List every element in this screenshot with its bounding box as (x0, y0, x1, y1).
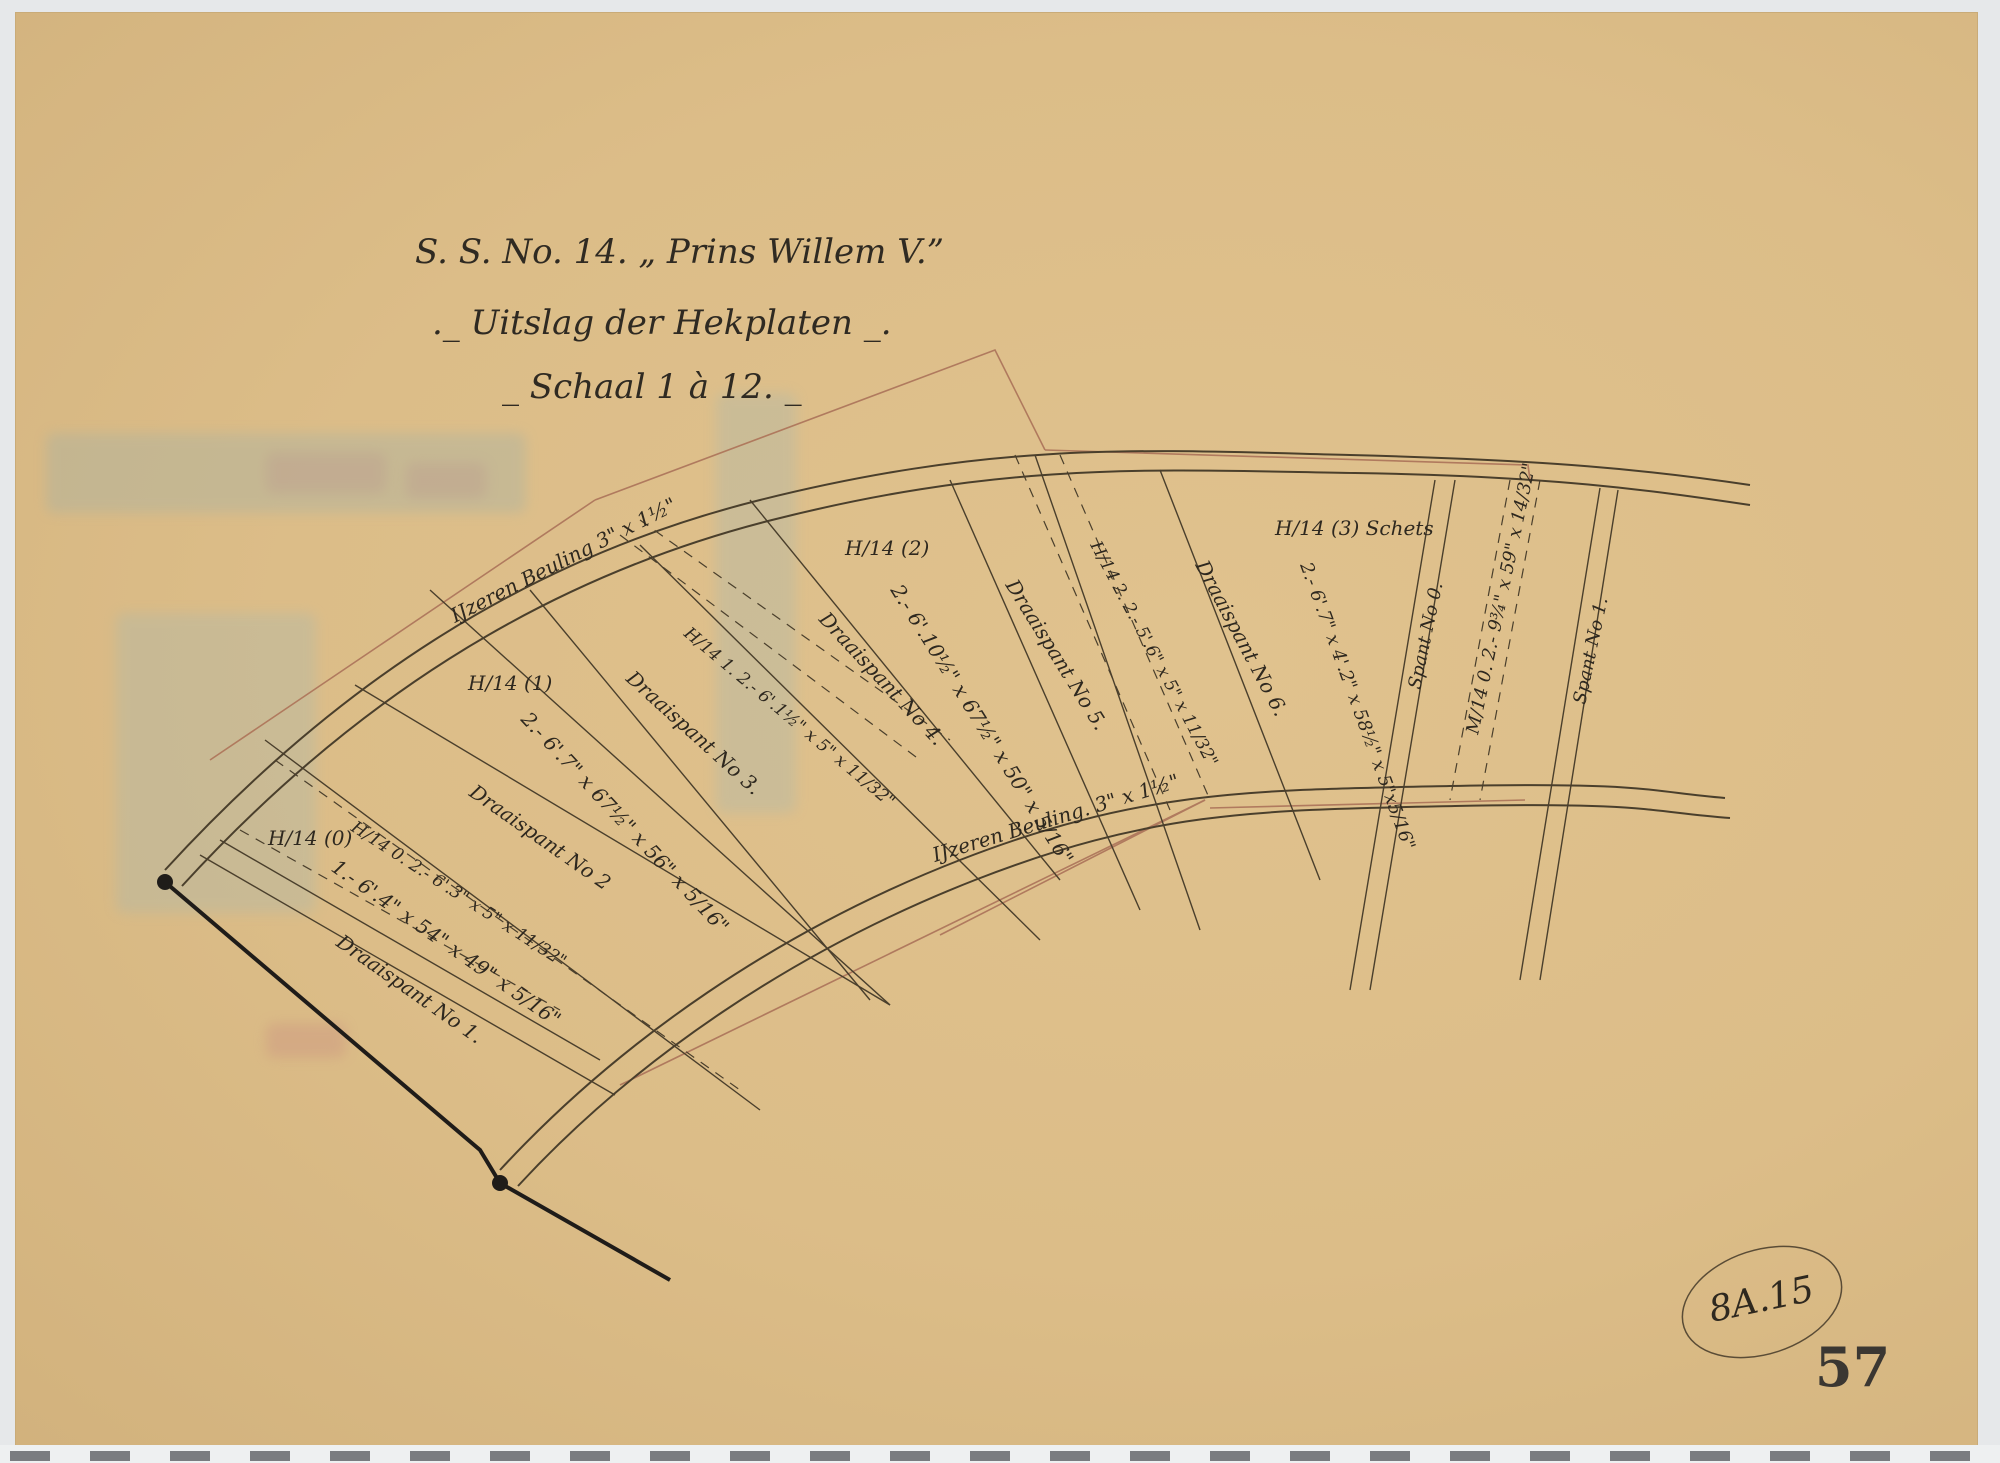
scan-border (0, 1445, 2000, 1463)
archive-ref: 8A.15 (1705, 1269, 1817, 1331)
frame-label: Draaispant No 6. (1190, 555, 1293, 720)
plate-id: H/14 (2) (844, 536, 929, 560)
frame-label: Spant No 1. (1569, 595, 1612, 706)
hull-plate-development-drawing: IJzeren Beuling 3" x 1½" IJzeren Beuling… (0, 0, 2000, 1463)
strap-label: M/14 0. 2.- 9¾" x 59" x 14/32" (1462, 461, 1540, 737)
hull-contour-line (157, 874, 670, 1280)
plate-id: H/14 (3) Schets (1274, 516, 1434, 540)
frame-label: Draaispant No 5. (1000, 574, 1113, 734)
plate-id: H/14 (1) (467, 671, 552, 695)
sheet-number: 57 (1815, 1335, 1890, 1399)
pivot-dot (492, 1175, 508, 1191)
pivot-dot (157, 874, 173, 890)
frame-label: Spant No 0. (1404, 580, 1447, 691)
plate-id: H/14 (0) (267, 826, 352, 850)
